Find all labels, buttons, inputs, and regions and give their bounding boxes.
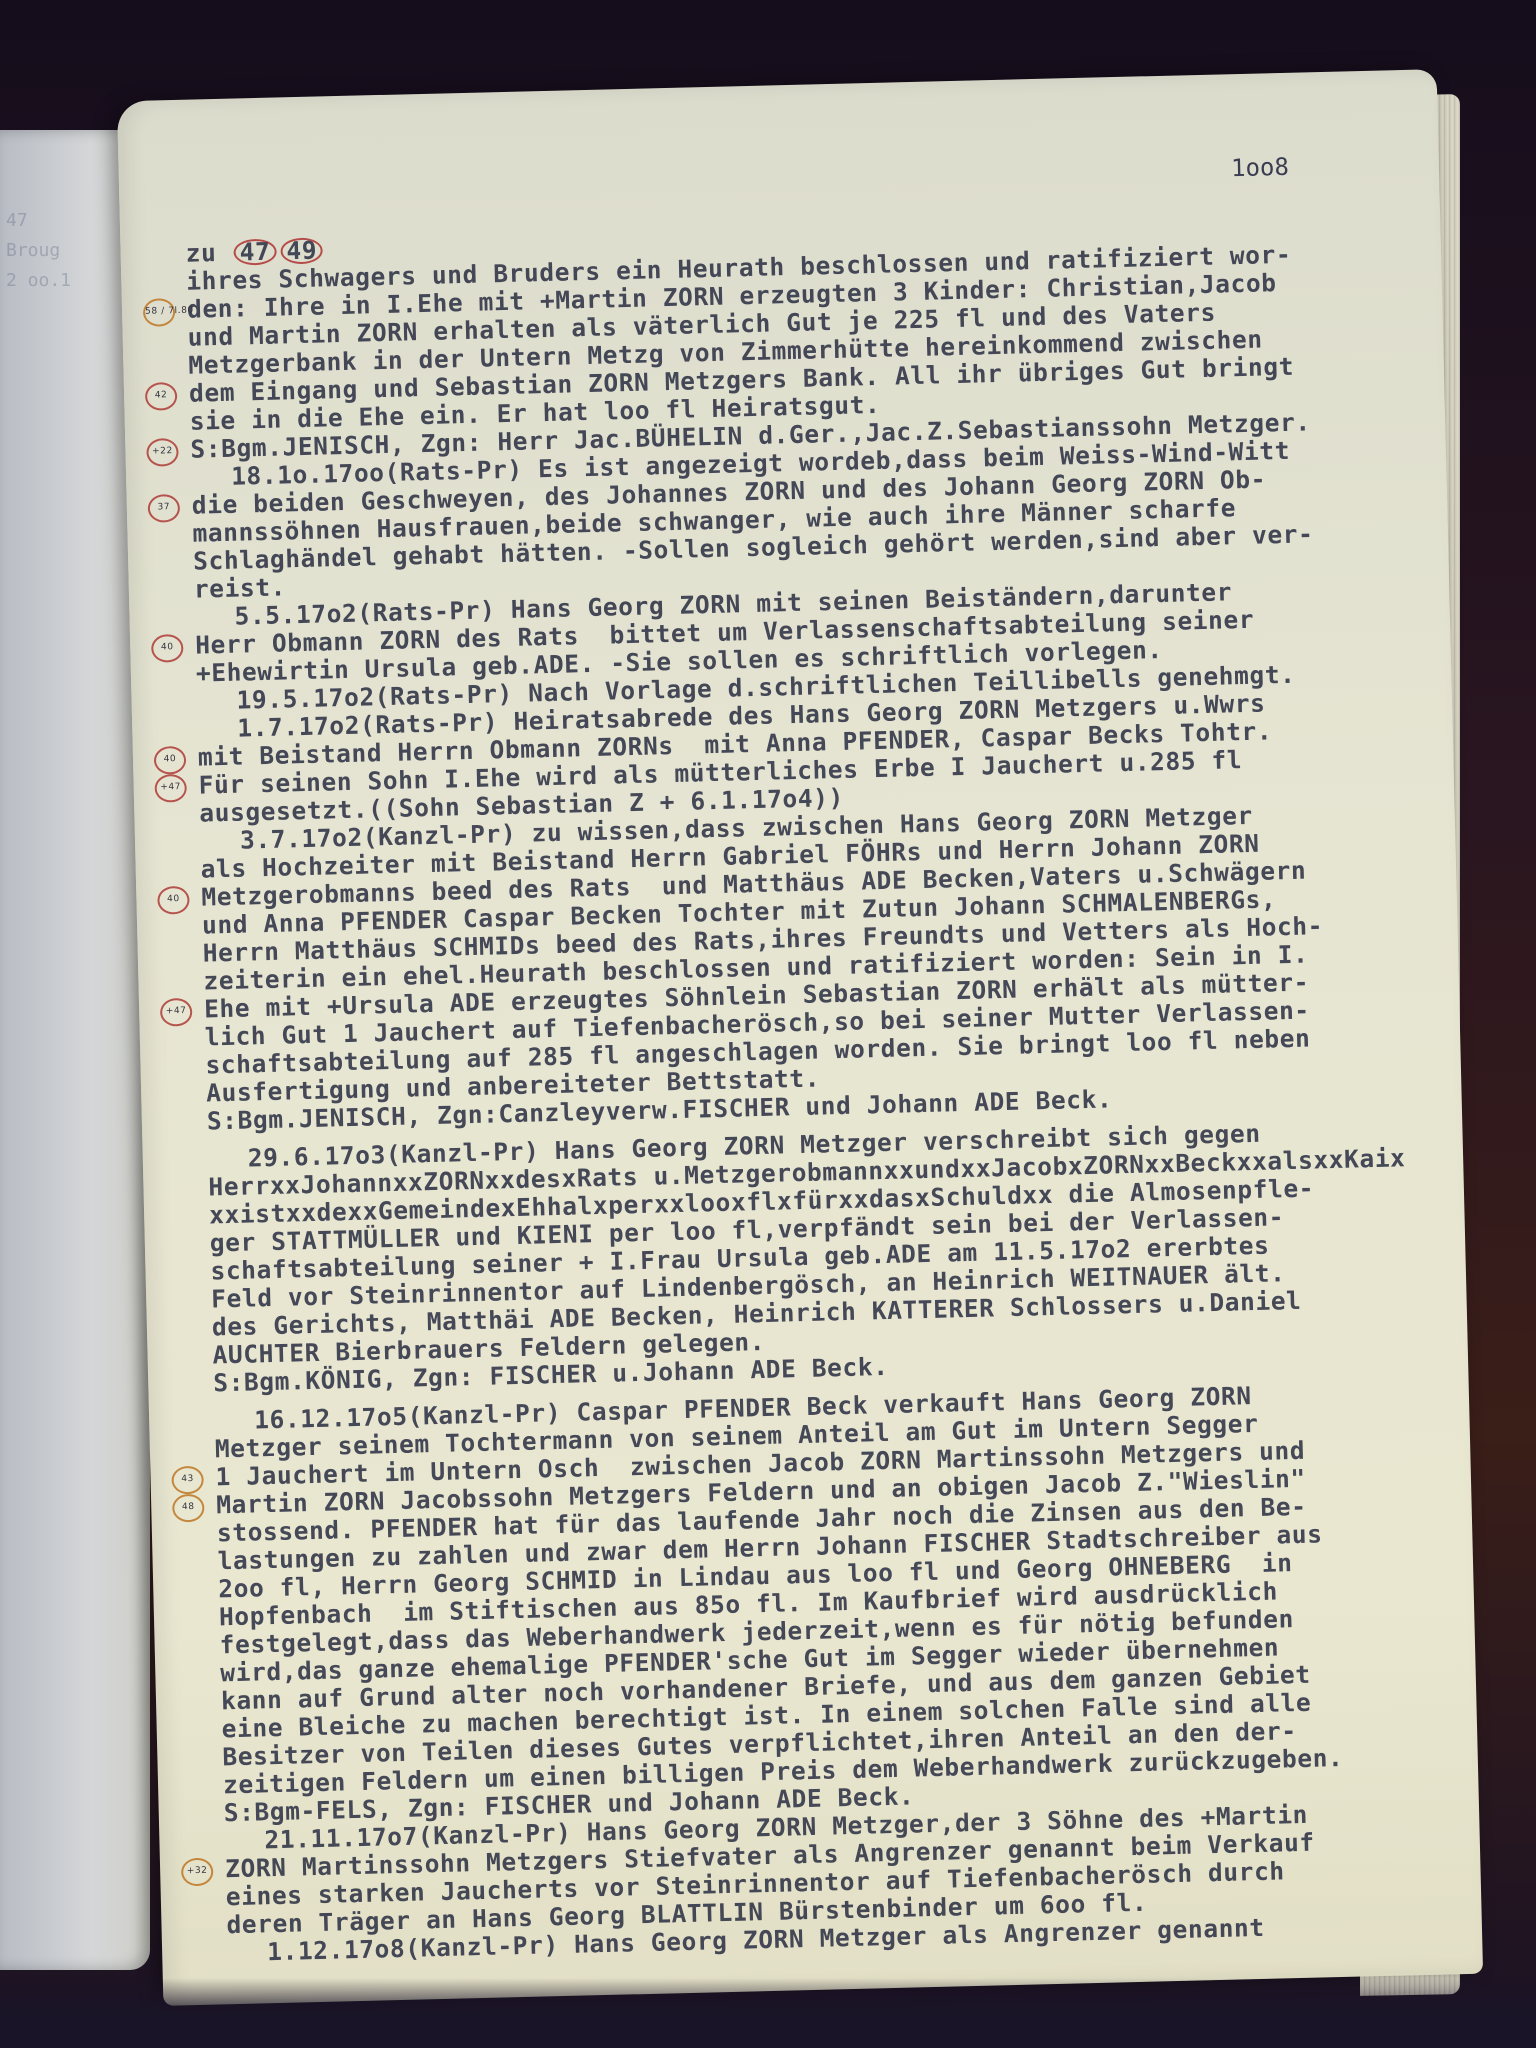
margin-annotation: +47 — [160, 998, 193, 1027]
left-page-fragment: Broug — [6, 240, 60, 261]
margin-annotation: 42 — [145, 382, 178, 411]
document-page: 1oo8 zu 4749ihres Schwagers und Bruders … — [117, 69, 1483, 2006]
left-page-fragment: 2 oo.1 — [6, 270, 71, 291]
margin-annotation: +32 — [181, 1858, 214, 1887]
reference-prefix: zu — [185, 238, 232, 268]
page-number: 1oo8 — [1231, 153, 1289, 182]
margin-annotation: 58 / 7l.80 — [143, 298, 176, 327]
margin-annotation: 48 — [172, 1494, 205, 1523]
margin-annotation: +47 — [154, 774, 187, 803]
margin-annotation: 40 — [157, 886, 190, 915]
document-body: zu 4749ihres Schwagers und Bruders ein H… — [185, 211, 1387, 1967]
margin-annotation: +22 — [146, 438, 179, 467]
margin-annotation: 40 — [151, 634, 184, 663]
margin-annotation: 37 — [148, 494, 181, 523]
circled-reference: 47 — [233, 239, 276, 266]
circled-reference: 49 — [280, 237, 323, 264]
left-page-fragment: 47 — [6, 210, 28, 231]
margin-annotation: 43 — [171, 1466, 204, 1495]
margin-annotation: 40 — [154, 746, 187, 775]
bottom-shadow — [0, 1978, 1536, 2048]
